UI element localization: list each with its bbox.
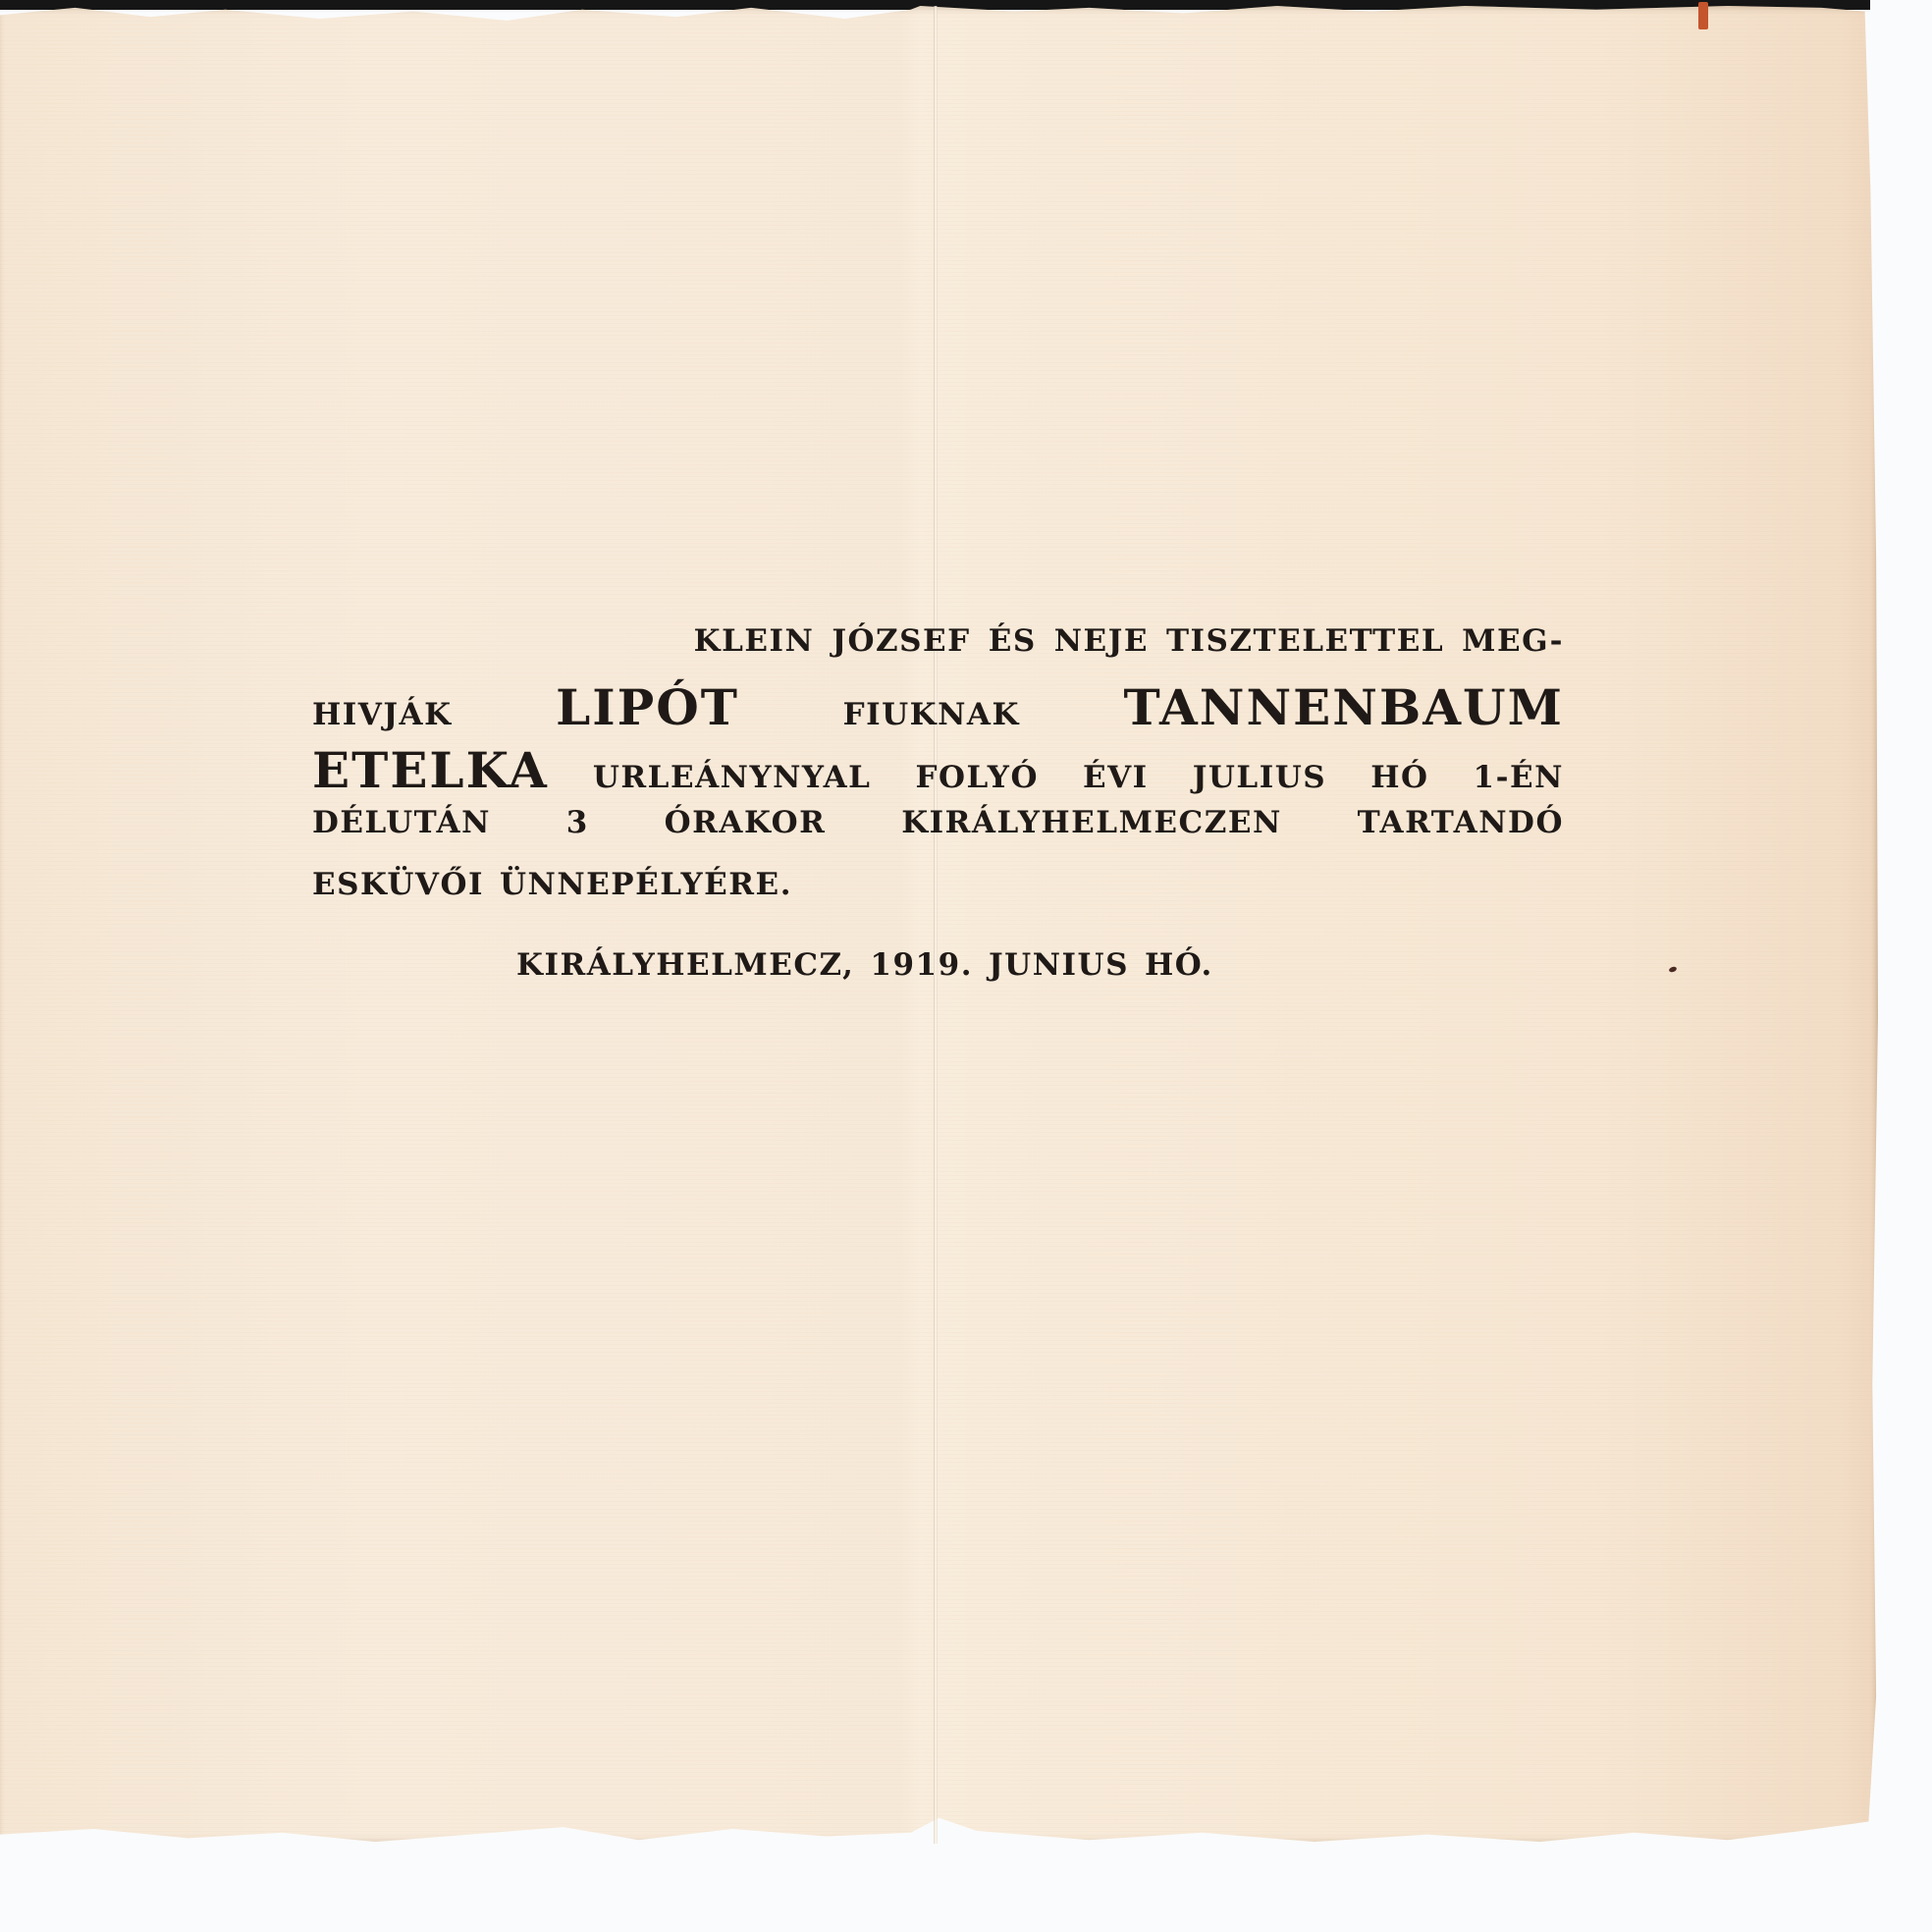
invitation-line-3: ETELKA URLEÁNYNYAL FOLYÓ ÉVI JULIUS HÓ 1… — [312, 741, 1564, 799]
word: MEG- — [1462, 623, 1564, 659]
invitation-line-2: HIVJÁK LIPÓT FIUKNAK TANNENBAUM — [312, 678, 1564, 736]
word: NEJE — [1054, 623, 1149, 659]
invitation-line-1: KLEIN JÓZSEF ÉS NEJE TISZTELETTEL MEG- — [312, 623, 1564, 659]
word: 3 — [566, 805, 589, 840]
word: KIRÁLYHELMECZEN — [901, 805, 1282, 840]
word: JÓZSEF — [832, 623, 970, 659]
word: ÜNNEPÉLYÉRE. — [500, 867, 792, 902]
bride-first-name: ETELKA — [312, 741, 549, 799]
invitation-line-5: ESKÜVŐI ÜNNEPÉLYÉRE. — [312, 867, 1564, 902]
word: ÓRAKOR — [665, 805, 827, 840]
bride-surname: TANNENBAUM — [1123, 678, 1564, 736]
groom-name: LIPÓT — [556, 678, 739, 736]
word: KLEIN — [694, 623, 815, 659]
word: 1-ÉN — [1474, 760, 1564, 795]
word: ÉVI — [1083, 760, 1149, 795]
dateline-place: KIRÁLYHELMECZ, — [516, 947, 854, 983]
center-fold-crease — [934, 6, 938, 1844]
dateline-month: JUNIUS — [989, 947, 1129, 983]
word: FOLYÓ — [915, 760, 1038, 795]
word: URLEÁNYNYAL — [593, 760, 872, 795]
word: TISZTELETTEL — [1166, 623, 1444, 659]
word: ÉS — [989, 623, 1037, 659]
invitation-line-4: DÉLUTÁN 3 ÓRAKOR KIRÁLYHELMECZEN TARTAND… — [312, 805, 1564, 840]
word: ESKÜVŐI — [312, 867, 484, 902]
word: DÉLUTÁN — [312, 805, 491, 840]
word: HÓ — [1370, 760, 1428, 795]
invitation-paper — [0, 6, 1878, 1844]
word: HIVJÁK — [312, 697, 453, 732]
dateline: KIRÁLYHELMECZ, 1919. JUNIUS HÓ. — [516, 947, 1213, 983]
dateline-suffix: HÓ. — [1145, 947, 1213, 983]
top-edge-red-mark — [1698, 2, 1708, 29]
word: JULIUS — [1193, 760, 1326, 795]
word: TARTANDÓ — [1358, 805, 1564, 840]
dateline-year: 1919. — [870, 947, 973, 983]
word: FIUKNAK — [843, 697, 1020, 732]
